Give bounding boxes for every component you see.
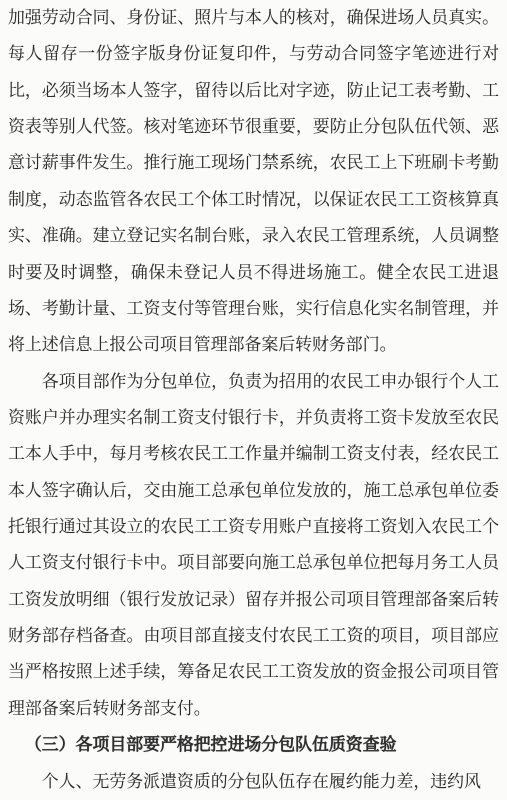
document-page: 加强劳动合同、身份证、照片与本人的核对，确保进场人员真实。每人留存一份签字版身份… — [0, 0, 507, 800]
section-heading-subcontractor-qualification: （三）各项目部要严格把控进场分包队伍质资查验 — [8, 727, 499, 763]
paragraph-wage-account-payment: 各项目部作为分包单位，负责为招用的农民工申办银行个人工资账户并办理实名制工资支付… — [8, 364, 499, 728]
paragraph-identity-verification: 加强劳动合同、身份证、照片与本人的核对，确保进场人员真实。每人留存一份签字版身份… — [8, 0, 499, 364]
paragraph-subcontractor-risk: 个人、无劳务派遣资质的分包队伍存在履约能力差，违约风 — [8, 764, 499, 800]
